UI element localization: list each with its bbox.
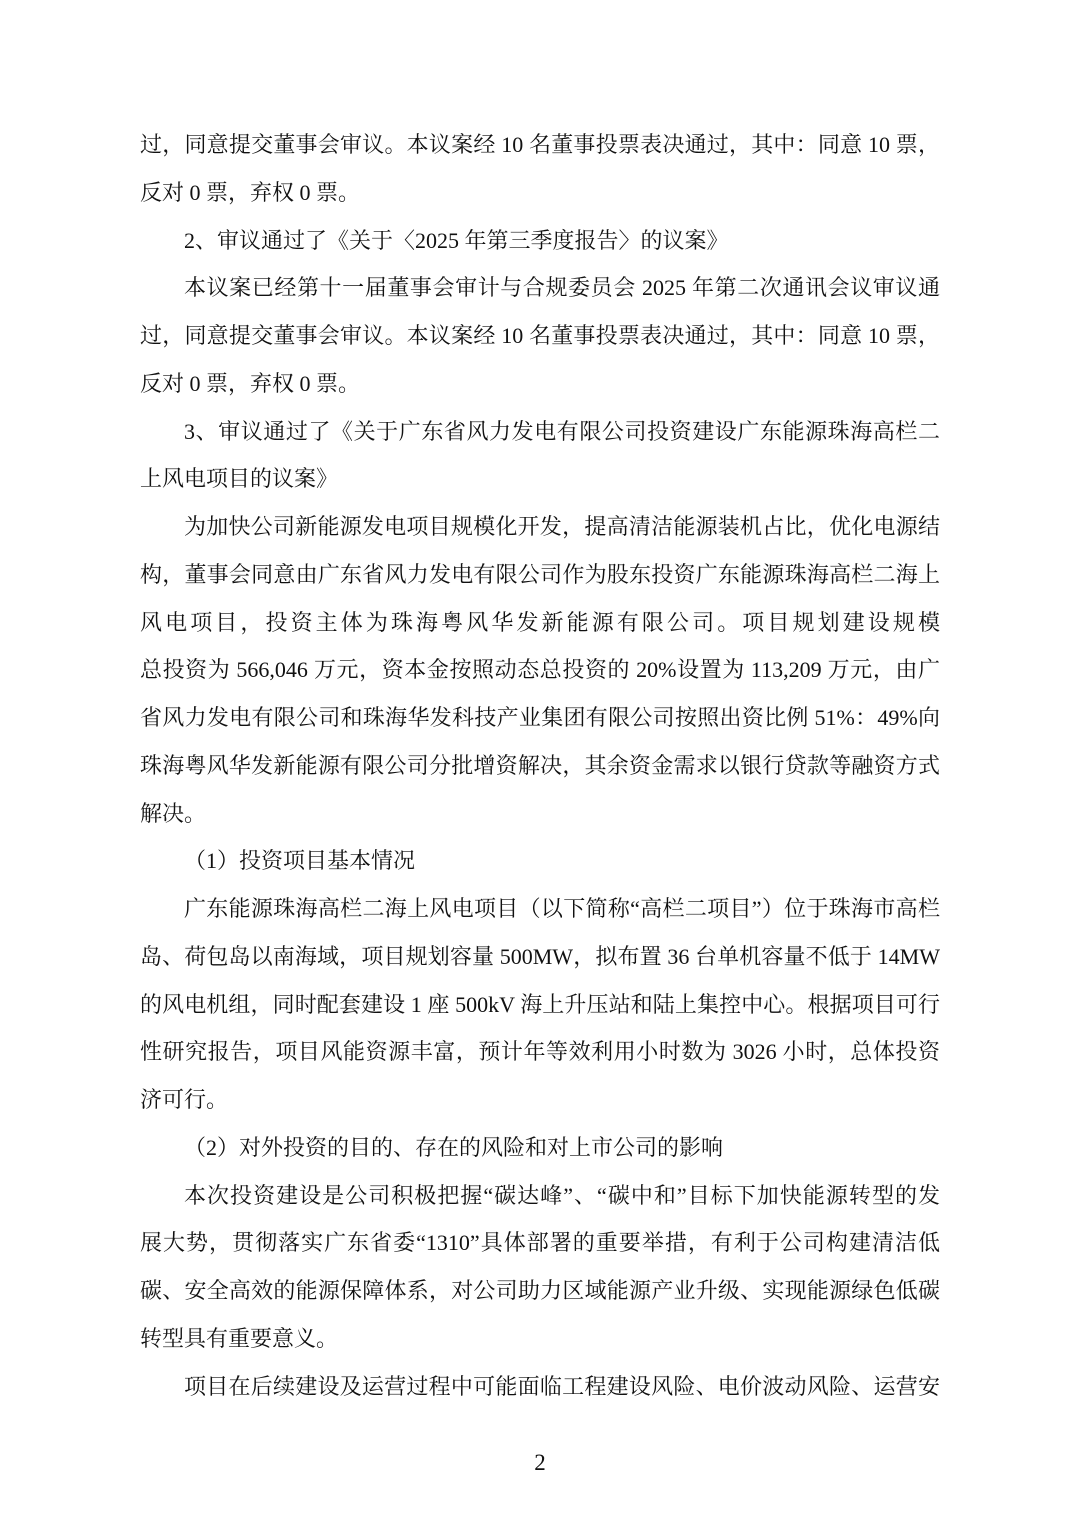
text-line: 上风电项目的议案》 xyxy=(140,455,940,503)
text-line: 3、审议通过了《关于广东省风力发电有限公司投资建设广东能源珠海高栏二海 xyxy=(140,408,940,456)
document-body: 过，同意提交董事会审议。本议案经 10 名董事投票表决通过，其中：同意 10 票… xyxy=(140,121,940,1410)
text-line: 反对 0 票，弃权 0 票。 xyxy=(140,360,940,408)
text-line: 本次投资建设是公司积极把握“碳达峰”、“碳中和”目标下加快能源转型的发 xyxy=(140,1172,940,1220)
text-line: 本议案已经第十一届董事会审计与合规委员会 2025 年第二次通讯会议审议通 xyxy=(140,264,940,312)
text-line: 济可行。 xyxy=(140,1076,940,1124)
text-line: 省风力发电有限公司和珠海华发科技产业集团有限公司按照出资比例 51%：49%向 xyxy=(140,694,940,742)
text-line: 碳、安全高效的能源保障体系，对公司助力区域能源产业升级、实现能源绿色低碳 xyxy=(140,1267,940,1315)
text-line: 构，董事会同意由广东省风力发电有限公司作为股东投资广东能源珠海高栏二海上 xyxy=(140,551,940,599)
text-line: 为加快公司新能源发电项目规模化开发，提高清洁能源装机占比，优化电源结 xyxy=(140,503,940,551)
text-line: 岛、荷包岛以南海域，项目规划容量 500MW，拟布置 36 台单机容量不低于 1… xyxy=(140,933,940,981)
text-line: 2、审议通过了《关于〈2025 年第三季度报告〉的议案》 xyxy=(140,217,940,265)
text-line: 展大势，贯彻落实广东省委“1310”具体部署的重要举措，有利于公司构建清洁低 xyxy=(140,1219,940,1267)
text-line: 反对 0 票，弃权 0 票。 xyxy=(140,169,940,217)
text-line: 总投资为 566,046 万元，资本金按照动态总投资的 20%设置为 113,2… xyxy=(140,646,940,694)
document-page: 过，同意提交董事会审议。本议案经 10 名董事投票表决通过，其中：同意 10 票… xyxy=(0,0,1080,1527)
text-line: （2）对外投资的目的、存在的风险和对上市公司的影响 xyxy=(140,1124,940,1172)
page-number: 2 xyxy=(0,1446,1080,1480)
text-line: 项目在后续建设及运营过程中可能面临工程建设风险、电价波动风险、运营安 xyxy=(140,1363,940,1411)
text-line: 过，同意提交董事会审议。本议案经 10 名董事投票表决通过，其中：同意 10 票… xyxy=(140,121,940,169)
text-line: 的风电机组，同时配套建设 1 座 500kV 海上升压站和陆上集控中心。根据项目… xyxy=(140,981,940,1029)
text-line: 转型具有重要意义。 xyxy=(140,1315,940,1363)
text-line: 解决。 xyxy=(140,790,940,838)
text-line: 珠海粤风华发新能源有限公司分批增资解决，其余资金需求以银行贷款等融资方式 xyxy=(140,742,940,790)
text-line: 性研究报告，项目风能资源丰富，预计年等效利用小时数为 3026 小时，总体投资经 xyxy=(140,1028,940,1076)
text-line: 过，同意提交董事会审议。本议案经 10 名董事投票表决通过，其中：同意 10 票… xyxy=(140,312,940,360)
text-line: 风电项目，投资主体为珠海粤风华发新能源有限公司。项目规划建设规模 500MW， xyxy=(140,599,940,647)
text-line: 广东能源珠海高栏二海上风电项目（以下简称“高栏二项目”）位于珠海市高栏 xyxy=(140,885,940,933)
text-line: （1）投资项目基本情况 xyxy=(140,837,940,885)
